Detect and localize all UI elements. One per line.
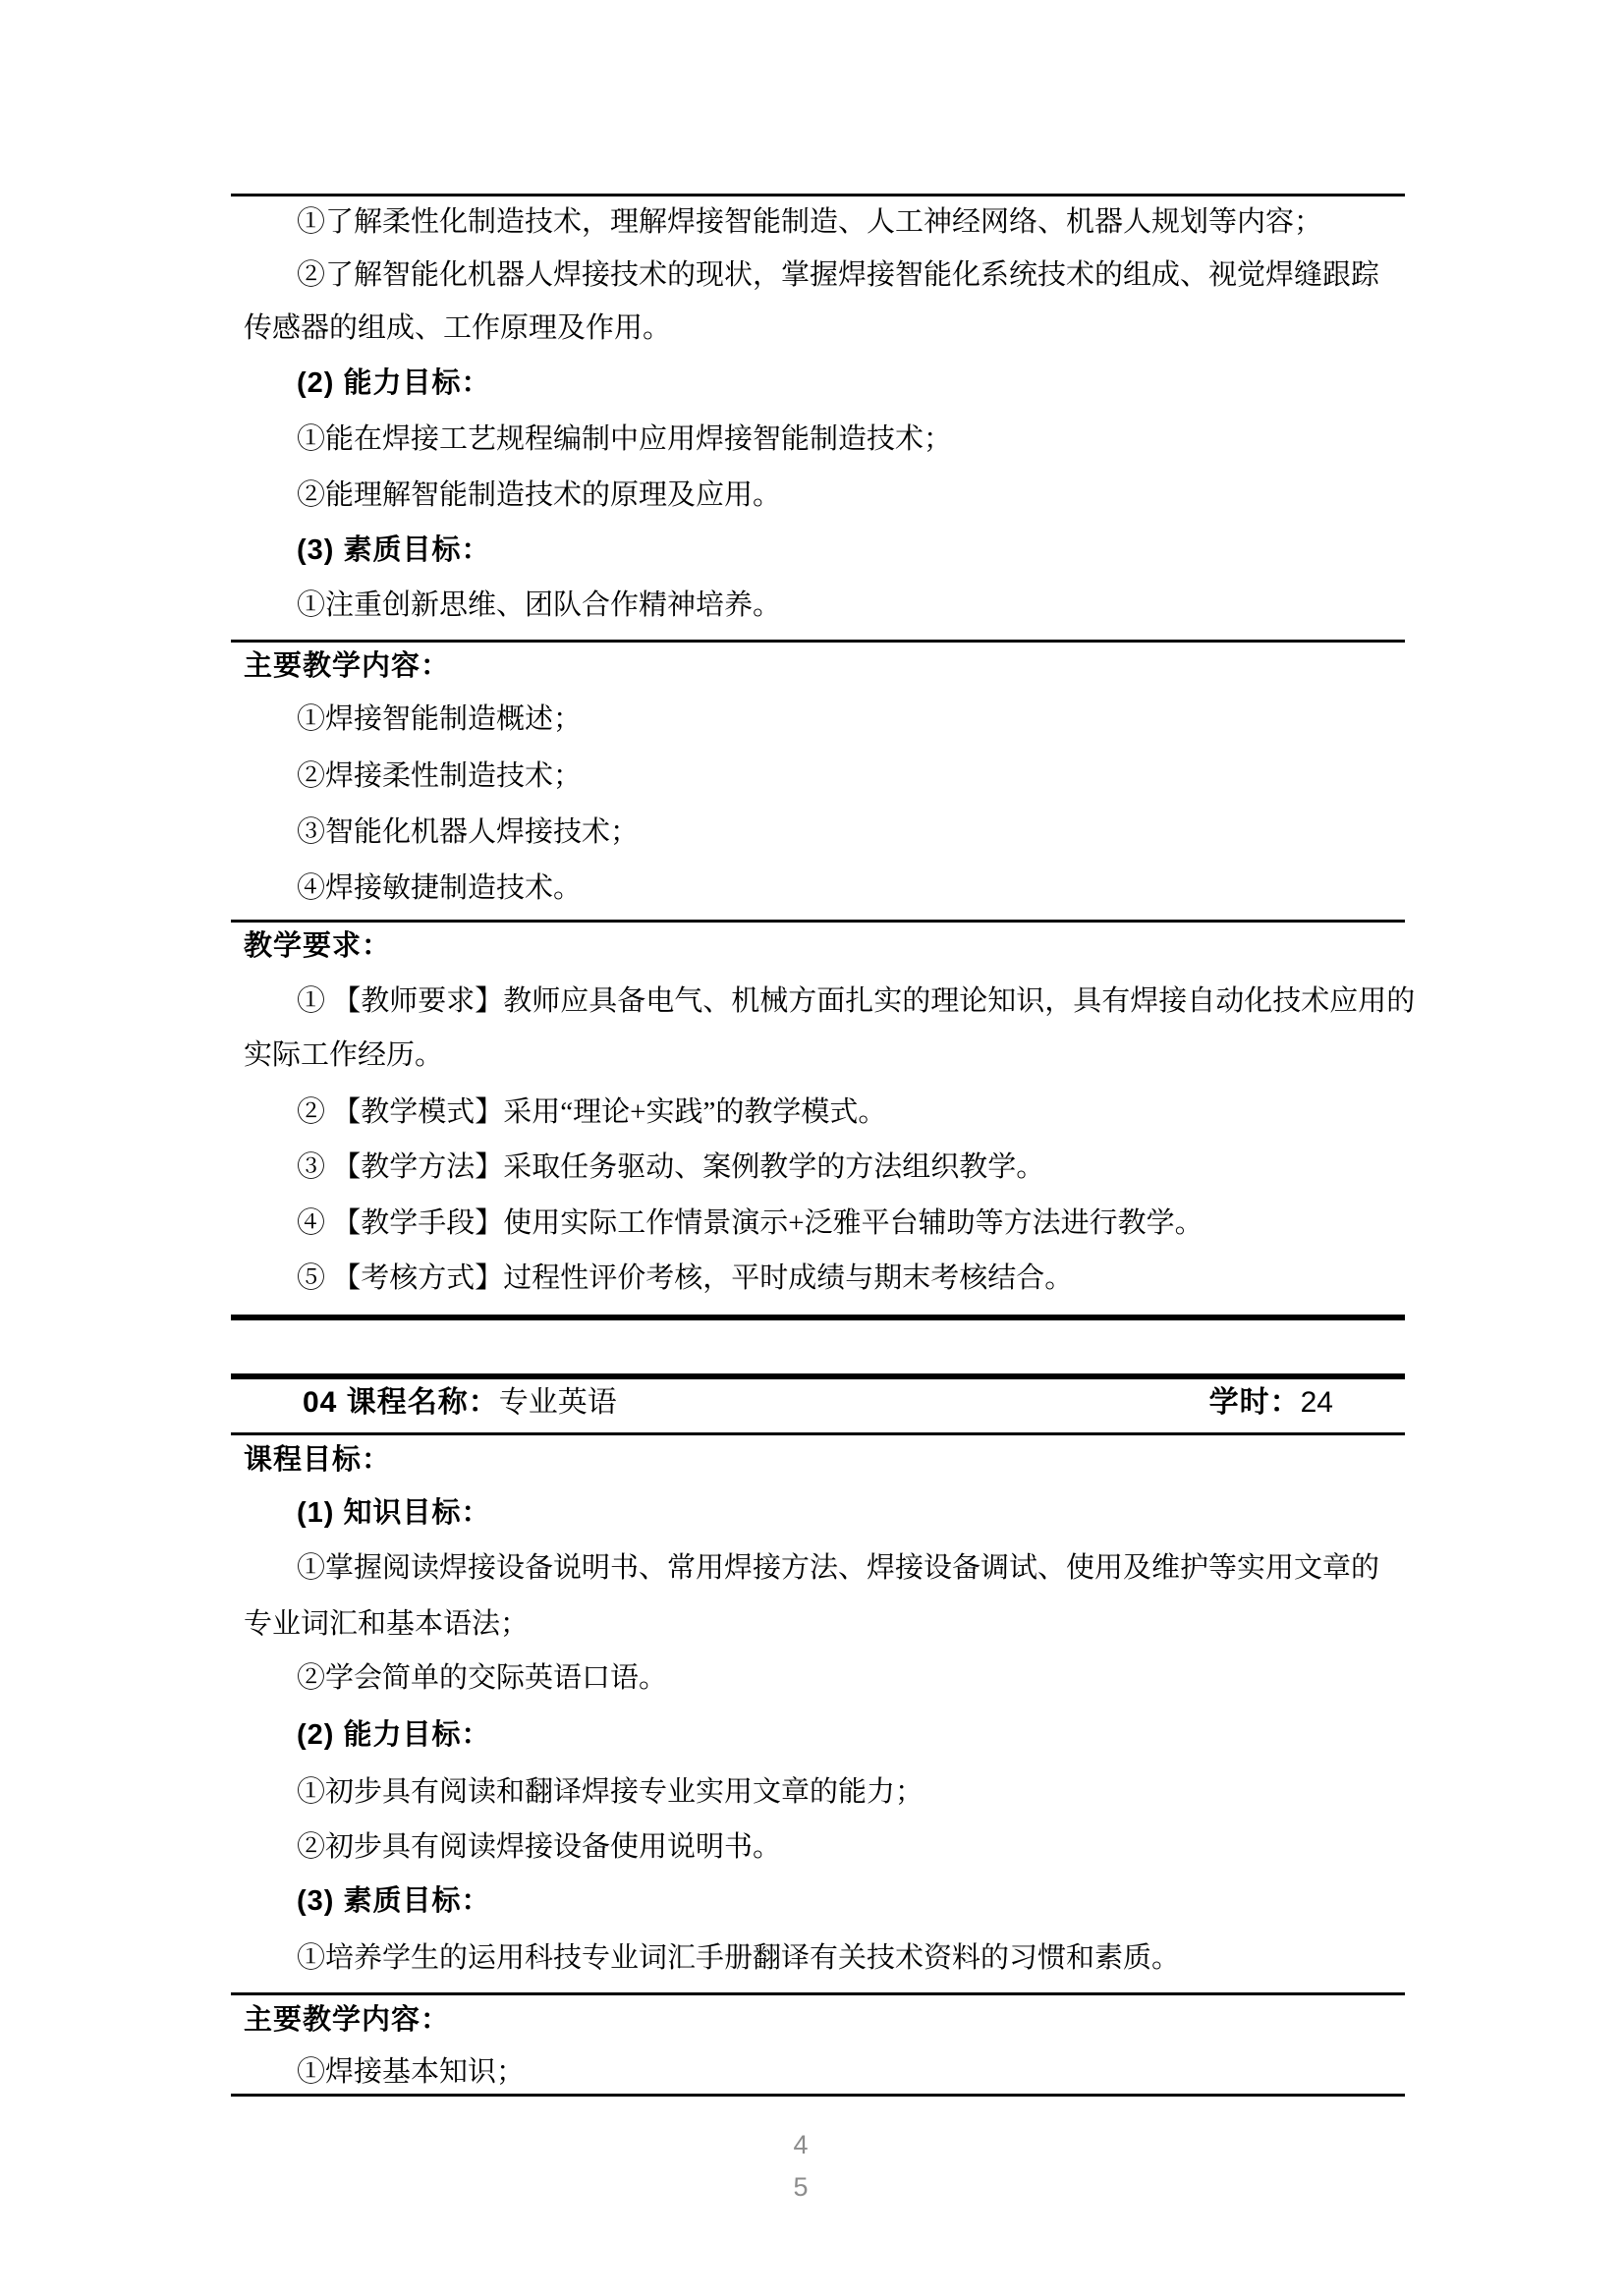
subsection-heading-ability: (2) 能力目标： <box>231 365 1471 401</box>
course-title-row: 04 课程名称：专业英语 学时：24 <box>231 1385 1405 1425</box>
course-hours-value: 24 <box>1301 1386 1333 1419</box>
knowledge-goal-line: ②学会简单的交际英语口语。 <box>231 1660 1471 1696</box>
teaching-requirement-line: ④ 【教学手段】使用实际工作情景演示+泛雅平台辅助等方法进行教学。 <box>231 1205 1471 1241</box>
subsection-heading-quality: (3) 素质目标： <box>231 1883 1471 1919</box>
ability-goal-line: ②能理解智能制造技术的原理及应用。 <box>231 477 1471 513</box>
teaching-requirement-line: ① 【教师要求】教师应具备电气、机械方面扎实的理论知识，具有焊接自动化技术应用的 <box>231 983 1471 1019</box>
teaching-content-line: ④焊接敏捷制造技术。 <box>231 870 1471 906</box>
section-heading-teaching-content: 主要教学内容： <box>231 648 1418 684</box>
course-hours-label: 学时： <box>1209 1386 1301 1419</box>
knowledge-goal-line: ①掌握阅读焊接设备说明书、常用焊接方法、焊接设备调试、使用及维护等实用文章的 <box>231 1550 1471 1586</box>
teaching-content-line: ②焊接柔性制造技术； <box>231 758 1471 794</box>
course-header-rule-top <box>231 1315 1405 1320</box>
quality-goal-line: ①注重创新思维、团队合作精神培养。 <box>231 588 1471 623</box>
course-header-rule-bottom <box>231 1373 1405 1379</box>
knowledge-goal-line: ②了解智能化机器人焊接技术的现状，掌握焊接智能化系统技术的组成、视觉焊缝跟踪 <box>231 257 1471 293</box>
teaching-requirement-line: ③ 【教学方法】采取任务驱动、案例教学的方法组织教学。 <box>231 1149 1471 1185</box>
teaching-requirement-line: ⑤ 【考核方式】过程性评价考核，平时成绩与期末考核结合。 <box>231 1260 1471 1296</box>
section-divider-rule <box>231 194 1405 196</box>
section-divider-rule <box>231 640 1405 643</box>
section-divider-rule <box>231 1992 1405 1995</box>
section-divider-rule <box>231 920 1405 923</box>
teaching-requirement-line: 实际工作经历。 <box>231 1037 1418 1073</box>
course-name-label: 课程名称： <box>347 1386 499 1419</box>
course-number: 04 <box>303 1386 337 1419</box>
section-heading-teaching-requirements: 教学要求： <box>231 928 1418 964</box>
ability-goal-line: ①初步具有阅读和翻译焊接专业实用文章的能力； <box>231 1774 1471 1810</box>
section-heading-course-goals: 课程目标： <box>231 1442 1418 1478</box>
section-divider-rule <box>231 2094 1405 2097</box>
course-title-underline-rule <box>231 1432 1405 1435</box>
teaching-content-line: ③智能化机器人焊接技术； <box>231 814 1471 850</box>
subsection-heading-knowledge: (1) 知识目标： <box>231 1495 1471 1531</box>
knowledge-goal-line: ①了解柔性化制造技术，理解焊接智能制造、人工神经网络、机器人规划等内容； <box>231 204 1471 240</box>
teaching-requirement-line: ② 【教学模式】采用“理论+实践”的教学模式。 <box>231 1094 1471 1130</box>
quality-goal-line: ①培养学生的运用科技专业词汇手册翻译有关技术资料的习惯和素质。 <box>231 1940 1471 1976</box>
subsection-heading-ability: (2) 能力目标： <box>231 1717 1471 1753</box>
course-name: 专业英语 <box>499 1386 617 1419</box>
teaching-content-line: ①焊接智能制造概述； <box>231 701 1471 737</box>
course-hours: 学时：24 <box>1209 1385 1333 1421</box>
page-number-5: 5 <box>231 2172 1371 2202</box>
knowledge-goal-line: 传感器的组成、工作原理及作用。 <box>231 310 1418 346</box>
document-page: ①了解柔性化制造技术，理解焊接智能制造、人工神经网络、机器人规划等内容； ②了解… <box>0 0 1624 2296</box>
subsection-heading-quality: (3) 素质目标： <box>231 532 1471 568</box>
ability-goal-line: ①能在焊接工艺规程编制中应用焊接智能制造技术； <box>231 421 1471 457</box>
teaching-content-line: ①焊接基本知识； <box>231 2054 1471 2090</box>
knowledge-goal-line: 专业词汇和基本语法； <box>231 1606 1418 1642</box>
ability-goal-line: ②初步具有阅读焊接设备使用说明书。 <box>231 1829 1471 1865</box>
section-heading-teaching-content: 主要教学内容： <box>231 2002 1418 2038</box>
page-number-4: 4 <box>231 2130 1371 2159</box>
course-title: 04 课程名称：专业英语 <box>303 1385 617 1421</box>
